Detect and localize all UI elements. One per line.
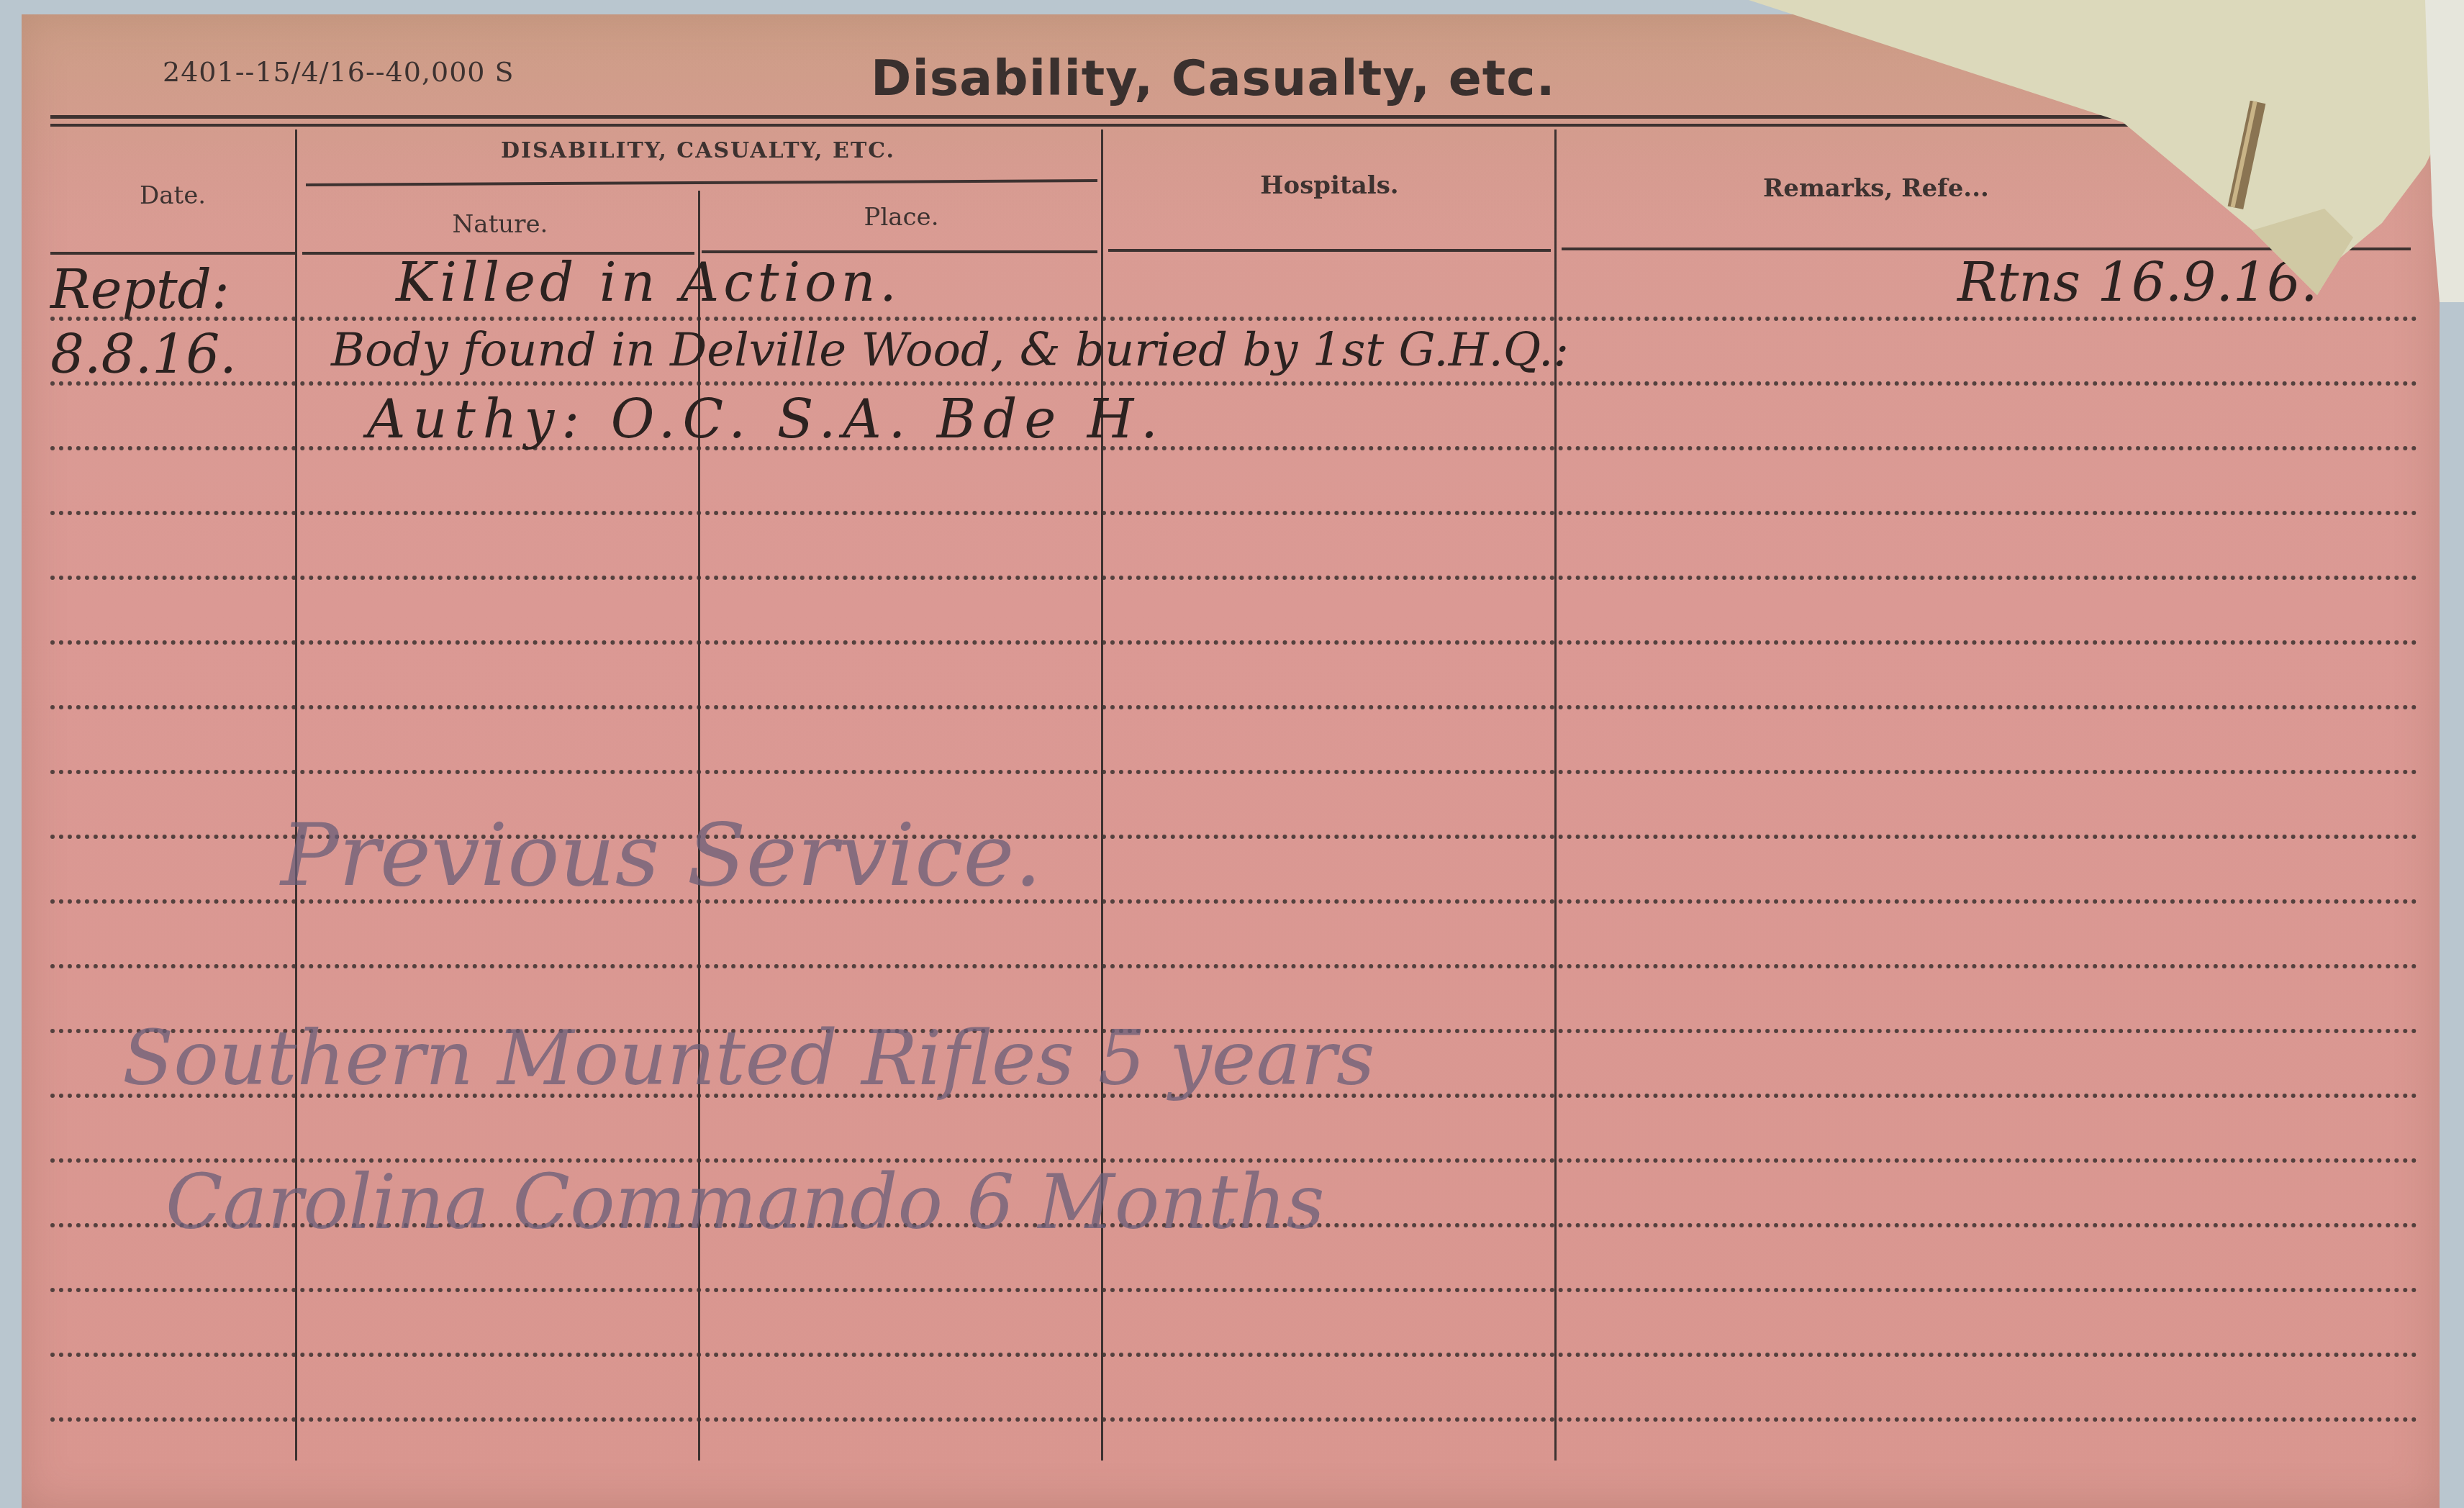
pencil-southern-mounted-rifles: Southern Mounted Rifles 5 years <box>122 1014 1374 1102</box>
pin-icon <box>2202 101 2288 216</box>
header-place: Place. <box>702 203 1101 232</box>
pencil-previous-service: Previous Service. <box>281 806 1042 906</box>
header-hospitals: Hospitals. <box>1105 171 1554 200</box>
pencil-carolina-commando: Carolina Commando 6 Months <box>166 1158 1325 1246</box>
entry-nature-killed: Killed in Action. <box>396 252 901 314</box>
header-nature: Nature. <box>302 210 698 239</box>
header-date: Date. <box>50 181 295 210</box>
header-disability-group: Disability, Casualty, etc. <box>302 138 1094 163</box>
column-divider-date <box>295 130 297 1461</box>
entry-date-reported: Reptd: <box>50 259 230 321</box>
card-title: Disability, Casualty, etc. <box>871 50 1555 107</box>
entry-body-found: Body found in Delville Wood, & buried by… <box>331 324 1569 377</box>
entry-date: 8.8.16. <box>50 324 237 386</box>
folded-paper-flap <box>1749 0 2464 302</box>
header-bottom-rule-date <box>50 252 295 255</box>
header-bottom-rule-hospitals <box>1108 249 1551 252</box>
entry-authority: Authy: O.C. S.A. Bde H. <box>367 389 1165 450</box>
print-code: 2401--15/4/16--40,000 S <box>163 56 515 88</box>
